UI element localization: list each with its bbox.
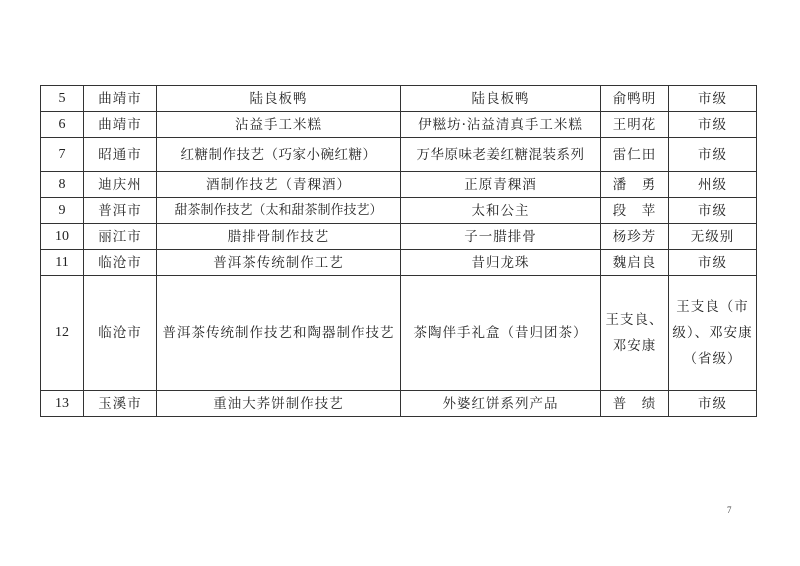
cell-product: 子一腊排骨 — [401, 224, 601, 250]
cell-skill: 甜茶制作技艺（太和甜茶制作技艺） — [157, 198, 401, 224]
cell-no: 10 — [41, 224, 84, 250]
cell-inheritor: 段 苹 — [601, 198, 669, 224]
table-row: 6 曲靖市 沾益手工米糕 伊糍坊·沾益清真手工米糕 王明花 市级 — [41, 112, 757, 138]
cell-skill: 普洱茶传统制作工艺 — [157, 250, 401, 276]
cell-city: 丽江市 — [84, 224, 157, 250]
cell-no: 9 — [41, 198, 84, 224]
table-row: 13 玉溪市 重油大荞饼制作技艺 外婆红饼系列产品 普 绩 市级 — [41, 391, 757, 417]
cell-skill: 重油大荞饼制作技艺 — [157, 391, 401, 417]
cell-city: 曲靖市 — [84, 86, 157, 112]
cell-product: 正原青稞酒 — [401, 172, 601, 198]
cell-inheritor: 王支良、邓安康 — [601, 276, 669, 391]
table-row: 8 迪庆州 酒制作技艺（青稞酒） 正原青稞酒 潘 勇 州级 — [41, 172, 757, 198]
cell-level: 市级 — [669, 138, 757, 172]
cell-no: 5 — [41, 86, 84, 112]
cell-no: 13 — [41, 391, 84, 417]
page-number: 7 — [727, 505, 732, 515]
cell-inheritor: 普 绩 — [601, 391, 669, 417]
cell-no: 6 — [41, 112, 84, 138]
cell-product: 万华原味老姜红糖混装系列 — [401, 138, 601, 172]
cell-no: 11 — [41, 250, 84, 276]
cell-city: 普洱市 — [84, 198, 157, 224]
cell-city: 玉溪市 — [84, 391, 157, 417]
cell-inheritor: 王明花 — [601, 112, 669, 138]
cell-skill: 腊排骨制作技艺 — [157, 224, 401, 250]
cell-skill: 普洱茶传统制作技艺和陶器制作技艺 — [157, 276, 401, 391]
document-page: 5 曲靖市 陆良板鸭 陆良板鸭 俞鸭明 市级 6 曲靖市 沾益手工米糕 伊糍坊·… — [0, 0, 800, 566]
cell-skill: 沾益手工米糕 — [157, 112, 401, 138]
table-row: 9 普洱市 甜茶制作技艺（太和甜茶制作技艺） 太和公主 段 苹 市级 — [41, 198, 757, 224]
cell-product: 茶陶伴手礼盒（昔归团茶） — [401, 276, 601, 391]
cell-inheritor: 雷仁田 — [601, 138, 669, 172]
cell-level: 市级 — [669, 250, 757, 276]
cell-inheritor: 俞鸭明 — [601, 86, 669, 112]
cell-level: 市级 — [669, 391, 757, 417]
cell-product: 伊糍坊·沾益清真手工米糕 — [401, 112, 601, 138]
cell-no: 8 — [41, 172, 84, 198]
cell-product: 陆良板鸭 — [401, 86, 601, 112]
cell-city: 曲靖市 — [84, 112, 157, 138]
cell-level: 州级 — [669, 172, 757, 198]
cell-skill: 陆良板鸭 — [157, 86, 401, 112]
cell-skill: 红糖制作技艺（巧家小碗红糖） — [157, 138, 401, 172]
table-row: 7 昭通市 红糖制作技艺（巧家小碗红糖） 万华原味老姜红糖混装系列 雷仁田 市级 — [41, 138, 757, 172]
cell-product: 外婆红饼系列产品 — [401, 391, 601, 417]
cell-level: 市级 — [669, 198, 757, 224]
cell-product: 昔归龙珠 — [401, 250, 601, 276]
table-row: 10 丽江市 腊排骨制作技艺 子一腊排骨 杨珍芳 无级别 — [41, 224, 757, 250]
cell-city: 迪庆州 — [84, 172, 157, 198]
cell-city: 昭通市 — [84, 138, 157, 172]
table-row: 11 临沧市 普洱茶传统制作工艺 昔归龙珠 魏启良 市级 — [41, 250, 757, 276]
cell-level: 无级别 — [669, 224, 757, 250]
cell-level: 市级 — [669, 112, 757, 138]
inheritor-table: 5 曲靖市 陆良板鸭 陆良板鸭 俞鸭明 市级 6 曲靖市 沾益手工米糕 伊糍坊·… — [40, 85, 757, 417]
cell-no: 7 — [41, 138, 84, 172]
table-row: 5 曲靖市 陆良板鸭 陆良板鸭 俞鸭明 市级 — [41, 86, 757, 112]
cell-inheritor: 杨珍芳 — [601, 224, 669, 250]
cell-level: 市级 — [669, 86, 757, 112]
cell-level: 王支良（市级）、邓安康（省级） — [669, 276, 757, 391]
cell-inheritor: 魏启良 — [601, 250, 669, 276]
cell-city: 临沧市 — [84, 250, 157, 276]
cell-inheritor: 潘 勇 — [601, 172, 669, 198]
cell-no: 12 — [41, 276, 84, 391]
table-row: 12 临沧市 普洱茶传统制作技艺和陶器制作技艺 茶陶伴手礼盒（昔归团茶） 王支良… — [41, 276, 757, 391]
cell-product: 太和公主 — [401, 198, 601, 224]
cell-skill: 酒制作技艺（青稞酒） — [157, 172, 401, 198]
cell-city: 临沧市 — [84, 276, 157, 391]
